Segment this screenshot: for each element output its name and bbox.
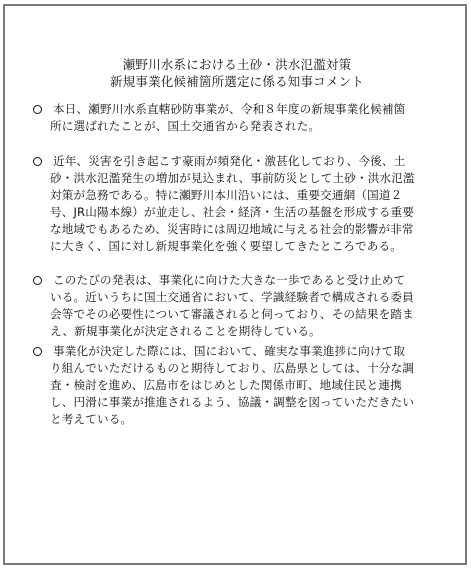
paragraph-line: り組んでいただけるものと期待しており、広島県としては、十分な調 (31, 360, 441, 377)
circle-bullet-icon (31, 153, 43, 170)
paragraph-line: 近年、災害を引き起こす豪雨が頻発化・激甚化しており、今後、土 (53, 154, 405, 168)
paragraph-line: 会等でその必要性について審議されると伺っており、その結果を踏ま (31, 306, 441, 323)
paragraph-line: このたびの発表は、事業化に向けた大きな一歩であると受け止めて (53, 273, 405, 287)
document-title: 瀬野川水系における土砂・洪水氾濫対策 新規事業化候補箇所選定に係る知事コメント (5, 56, 469, 90)
paragraph-line: な地域でもあるため、災害時には周辺地域に与える社会的影響が非常 (31, 221, 441, 238)
paragraph-2: 近年、災害を引き起こす豪雨が頻発化・激甚化しており、今後、土 砂・洪水氾濫発生の… (31, 153, 441, 255)
title-line-1: 瀬野川水系における土砂・洪水氾濫対策 (5, 56, 469, 73)
paragraph-line: 対策が急務である。特に瀬野川本川沿いには、重要交通網（国道２ (31, 187, 441, 204)
paragraph-line: に大きく、国に対し新規事業化を強く要望してきたところである。 (31, 238, 441, 255)
paragraph-line: 査・検討を進め、広島市をはじめとした関係市町、地域住民と連携 (31, 377, 441, 394)
circle-bullet-icon (31, 343, 43, 360)
paragraph-line: し、円滑に事業が推進されるよう、協議・調整を図っていただきたい (31, 394, 441, 411)
document-frame: 瀬野川水系における土砂・洪水氾濫対策 新規事業化候補箇所選定に係る知事コメント … (3, 4, 467, 565)
paragraph-4: 事業化が決定した際には、国において、確実な事業進捗に向けて取 り組んでいただける… (31, 343, 441, 428)
paragraph-line: 砂・洪水氾濫発生の増加が見込まれ、事前防災として土砂・洪水氾濫 (31, 170, 441, 187)
circle-bullet-icon (31, 272, 43, 289)
paragraph-line: 号、JR山陽本線）が並走し、社会・経済・生活の基盤を形成する重要 (31, 204, 441, 221)
paragraph-line: 本日、瀬野川水系直轄砂防事業が、令和８年度の新規事業化候補箇 (53, 102, 405, 116)
paragraph-1: 本日、瀬野川水系直轄砂防事業が、令和８年度の新規事業化候補箇 所に選ばれたことが… (31, 101, 441, 135)
paragraph-line: と考えている。 (31, 411, 441, 428)
paragraph-line: いる。近いうちに国土交通省において、学識経験者で構成される委員 (31, 289, 441, 306)
title-line-2: 新規事業化候補箇所選定に係る知事コメント (5, 73, 469, 90)
paragraph-line: え、新規事業化が決定されることを期待している。 (31, 323, 441, 340)
circle-bullet-icon (31, 101, 43, 118)
paragraph-line: 事業化が決定した際には、国において、確実な事業進捗に向けて取 (53, 344, 405, 358)
paragraph-3: このたびの発表は、事業化に向けた大きな一歩であると受け止めて いる。近いうちに国… (31, 272, 441, 340)
paragraph-line: 所に選ばれたことが、国土交通省から発表された。 (31, 118, 441, 135)
